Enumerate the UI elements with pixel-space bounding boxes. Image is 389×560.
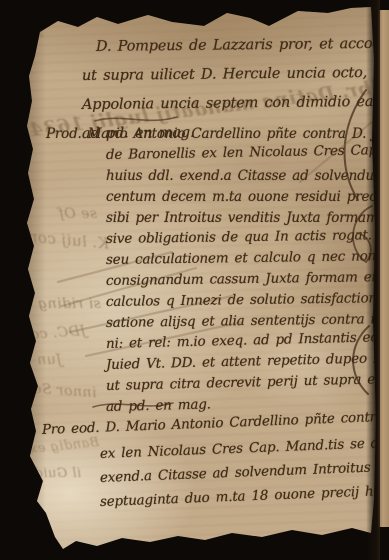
paragraph: Prod. Mario Antonio Cardellino pñte cont…	[46, 124, 389, 418]
manuscript-scan: 142 Libr. Datina mandatij luglij 1634 se…	[0, 0, 389, 560]
handwritten-text: D. Pompeus de Lazzaris pror, et accod pe…	[0, 0, 389, 560]
manuscript-line: Appolonia uncia septem con dimidio ea ob…	[82, 87, 389, 120]
book-gutter	[366, 0, 380, 560]
manuscript-line: D. Pompeus de Lazzaris pror, et accod pe…	[82, 29, 389, 62]
paragraph: Pro eod. D. Mario Antonio Cardellino pñt…	[42, 418, 389, 514]
manuscript-line: huius ddl. exend.a Citasse ad solvendum …	[106, 166, 389, 187]
manuscript-line: centum decem m.ta ouone residui precij h…	[106, 187, 389, 208]
manuscript-page: 142 Libr. Datina mandatij luglij 1634 se…	[0, 0, 389, 560]
manuscript-line: ut supra uilicet D. Hercule uncia octo, …	[82, 58, 389, 91]
